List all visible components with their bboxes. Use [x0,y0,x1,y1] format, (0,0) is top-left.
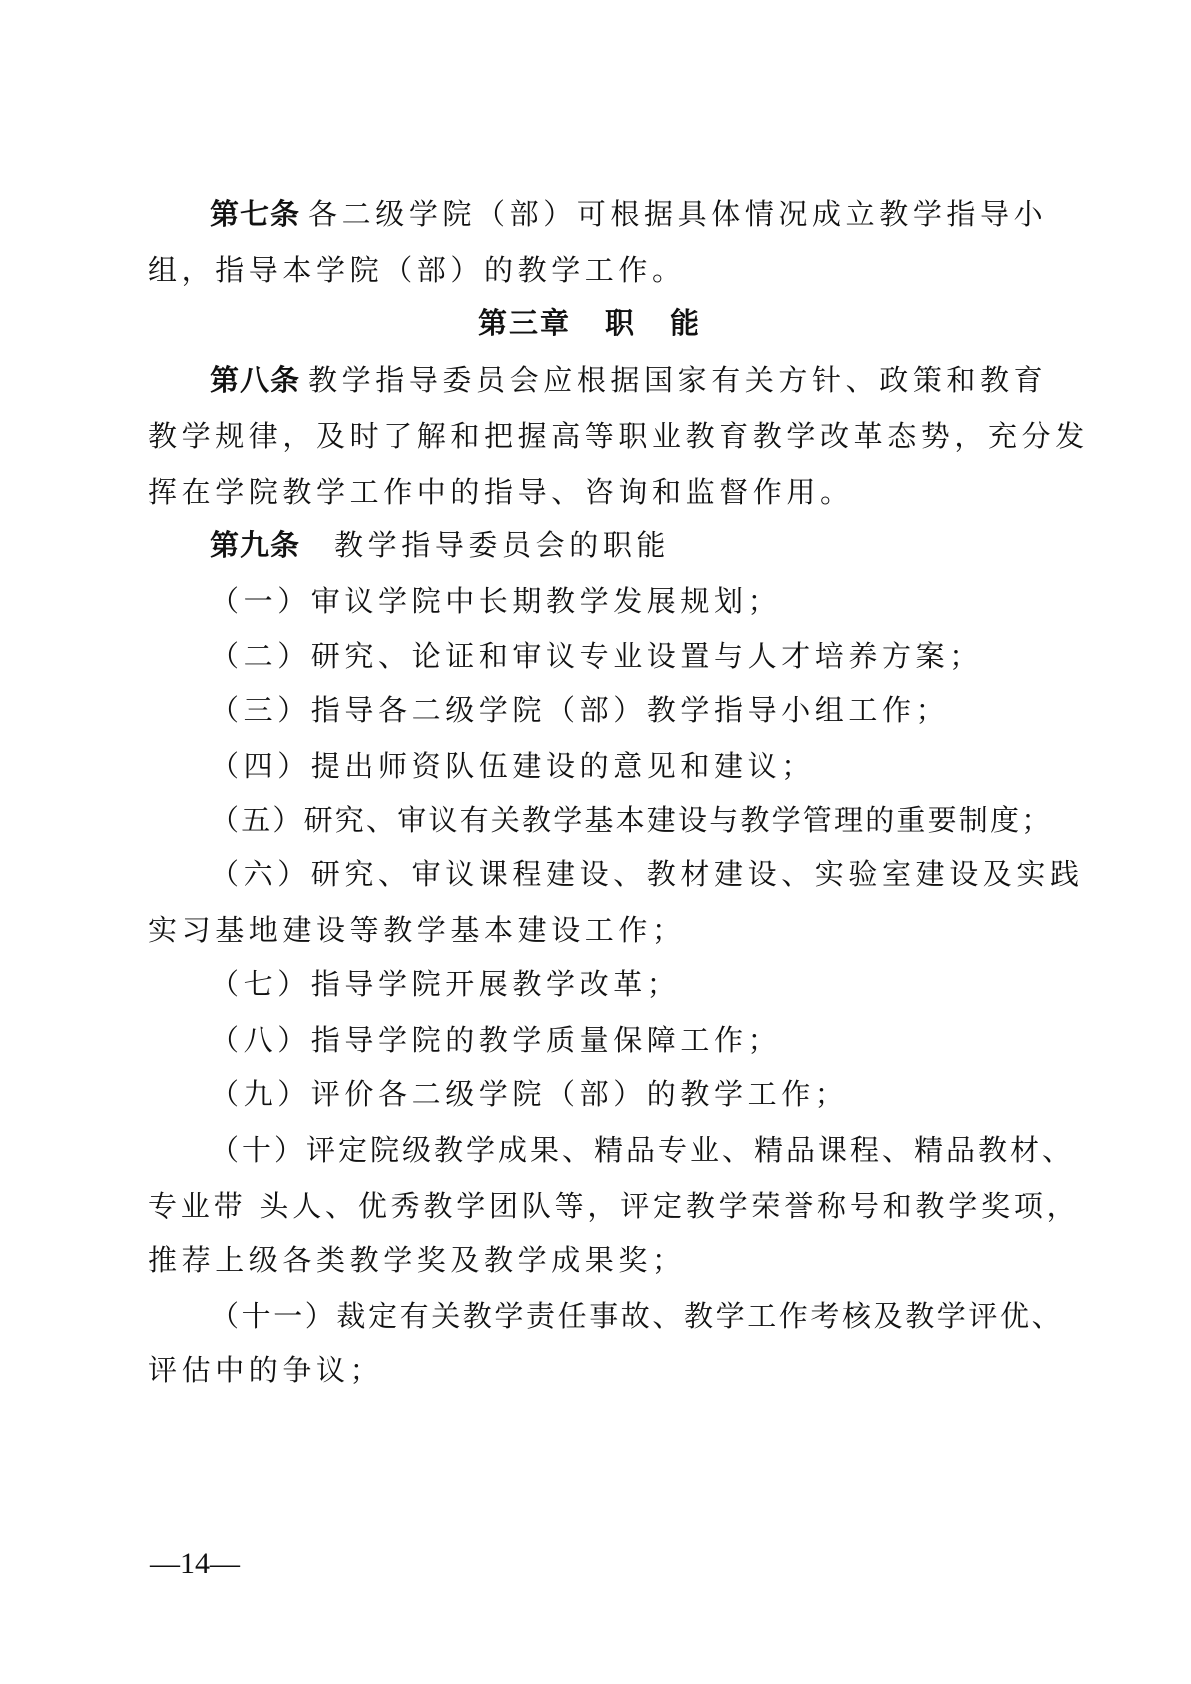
article-7-line-2: 组，指导本学院（部）的教学工作。 [148,252,1048,288]
list-item-9: （九）评价各二级学院（部）的教学工作； [210,1076,1110,1112]
article-9-title: 教学指导委员会的职能 [334,528,670,562]
chapter-title-char-2: 能 [670,306,701,340]
list-item-10-line-2: 专业带 头人、优秀教学团队等，评定教学荣誉称号和教学奖项， [148,1188,1048,1224]
article-7-label: 第七条 [210,197,300,231]
article-9-heading: 第九条教学指导委员会的职能 [210,527,1110,563]
chapter-title-char-1: 职 [605,306,636,340]
list-item-11-line-1: （十一）裁定有关教学责任事故、教学工作考核及教学评优、 [210,1298,1110,1334]
article-7-text: 各二级学院（部）可根据具体情况成立教学指导小 [308,197,1047,231]
list-item-8: （八）指导学院的教学质量保障工作； [210,1022,1110,1058]
document-page: 第七条各二级学院（部）可根据具体情况成立教学指导小 组，指导本学院（部）的教学工… [0,0,1191,1684]
list-item-5: （五）研究、审议有关教学基本建设与教学管理的重要制度； [210,802,1110,838]
list-item-10-line-1: （十）评定院级教学成果、精品专业、精品课程、精品教材、 [210,1132,1110,1168]
article-8-line-3: 挥在学院教学工作中的指导、咨询和监督作用。 [148,474,1048,510]
list-item-7: （七）指导学院开展教学改革； [210,966,1110,1002]
article-9-label: 第九条 [210,528,300,562]
article-8-line-1: 第八条教学指导委员会应根据国家有关方针、政策和教育 [210,362,1110,398]
list-item-6-line-1: （六）研究、审议课程建设、教材建设、实验室建设及实践 [210,856,1110,892]
article-7-line-1: 第七条各二级学院（部）可根据具体情况成立教学指导小 [210,196,1110,232]
list-item-3: （三）指导各二级学院（部）教学指导小组工作； [210,692,1110,728]
article-8-text: 教学指导委员会应根据国家有关方针、政策和教育 [308,363,1047,397]
list-item-4: （四）提出师资队伍建设的意见和建议； [210,748,1110,784]
list-item-10-line-3: 推荐上级各类教学奖及教学成果奖； [148,1242,1048,1278]
list-item-2: （二）研究、论证和审议专业设置与人才培养方案； [210,638,1110,674]
list-item-11-line-2: 评估中的争议； [148,1352,1048,1388]
chapter-heading: 第三章职能 [478,305,701,341]
article-8-line-2: 教学规律，及时了解和把握高等职业教育教学改革态势，充分发 [148,418,1048,454]
article-8-label: 第八条 [210,363,300,397]
page-number: —14— [150,1546,240,1582]
list-item-1: （一）审议学院中长期教学发展规划； [210,583,1110,619]
list-item-6-line-2: 实习基地建设等教学基本建设工作； [148,912,1048,948]
chapter-number: 第三章 [478,306,571,340]
